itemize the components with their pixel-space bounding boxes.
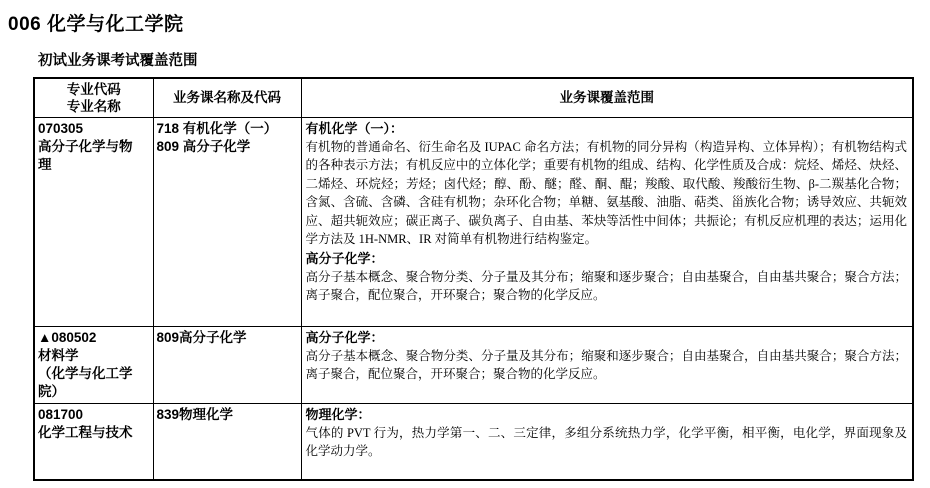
header-major-code-name: 专业代码 专业名称 bbox=[34, 78, 153, 117]
course-cell: 839物理化学 bbox=[153, 403, 301, 480]
header-major-code: 专业代码 bbox=[37, 81, 151, 98]
major-cell: 070305 高分子化学与物理 bbox=[34, 117, 153, 326]
major-cell: 081700 化学工程与技术 bbox=[34, 403, 153, 480]
scope-section-body: 高分子基本概念、聚合物分类、分子量及其分布；缩聚和逐步聚合；自由基聚合，自由基共… bbox=[306, 268, 908, 305]
scope-section-heading: 有机化学（一）： bbox=[306, 119, 908, 138]
major-code: ▲080502 bbox=[38, 329, 145, 347]
course-item: 809 高分子化学 bbox=[157, 138, 298, 156]
scope-section-body: 有机物的普通命名、衍生命名及 IUPAC 命名方法；有机物的同分异构（构造异构、… bbox=[306, 138, 908, 249]
scope-section-body: 高分子基本概念、聚合物分类、分子量及其分布；缩聚和逐步聚合；自由基聚合，自由基共… bbox=[306, 347, 908, 384]
scope-section-heading: 高分子化学： bbox=[306, 249, 908, 268]
header-coverage-scope: 业务课覆盖范围 bbox=[301, 78, 913, 117]
page-title: 006 化学与化工学院 bbox=[8, 9, 930, 36]
major-code: 081700 bbox=[38, 406, 145, 424]
scope-section-body: 气体的 PVT 行为，热力学第一、二、三定律，多组分系统热力学，化学平衡，相平衡… bbox=[306, 424, 908, 461]
scope-cell: 有机化学（一）： 有机物的普通命名、衍生命名及 IUPAC 命名方法；有机物的同… bbox=[301, 117, 913, 326]
scope-section-heading: 物理化学： bbox=[306, 405, 908, 424]
document-page: 006 化学与化工学院 初试业务课考试覆盖范围 专业代码 专业名称 业务课名称及… bbox=[0, 9, 930, 481]
major-name: （化学与化工学院） bbox=[38, 365, 145, 401]
exam-coverage-table: 专业代码 专业名称 业务课名称及代码 业务课覆盖范围 070305 高分子化学与… bbox=[33, 77, 914, 481]
header-major-name: 专业名称 bbox=[37, 98, 151, 115]
scope-cell: 高分子化学： 高分子基本概念、聚合物分类、分子量及其分布；缩聚和逐步聚合；自由基… bbox=[301, 326, 913, 403]
major-name: 高分子化学与物理 bbox=[38, 138, 145, 174]
major-cell: ▲080502 材料学 （化学与化工学院） bbox=[34, 326, 153, 403]
major-name: 材料学 bbox=[38, 347, 145, 365]
course-item: 839物理化学 bbox=[157, 406, 298, 424]
table-row: 081700 化学工程与技术 839物理化学 物理化学： 气体的 PVT 行为，… bbox=[34, 403, 913, 480]
header-course-name-code: 业务课名称及代码 bbox=[153, 78, 301, 117]
section-title: 初试业务课考试覆盖范围 bbox=[38, 49, 930, 70]
course-cell: 718 有机化学（一） 809 高分子化学 bbox=[153, 117, 301, 326]
major-name: 化学工程与技术 bbox=[38, 424, 145, 442]
major-code: 070305 bbox=[38, 120, 145, 138]
course-cell: 809高分子化学 bbox=[153, 326, 301, 403]
table-row: ▲080502 材料学 （化学与化工学院） 809高分子化学 高分子化学： 高分… bbox=[34, 326, 913, 403]
table-header-row: 专业代码 专业名称 业务课名称及代码 业务课覆盖范围 bbox=[34, 78, 913, 117]
scope-cell: 物理化学： 气体的 PVT 行为，热力学第一、二、三定律，多组分系统热力学，化学… bbox=[301, 403, 913, 480]
scope-section-heading: 高分子化学： bbox=[306, 328, 908, 347]
table-row: 070305 高分子化学与物理 718 有机化学（一） 809 高分子化学 有机… bbox=[34, 117, 913, 326]
course-item: 718 有机化学（一） bbox=[157, 120, 298, 138]
course-item: 809高分子化学 bbox=[157, 329, 298, 347]
